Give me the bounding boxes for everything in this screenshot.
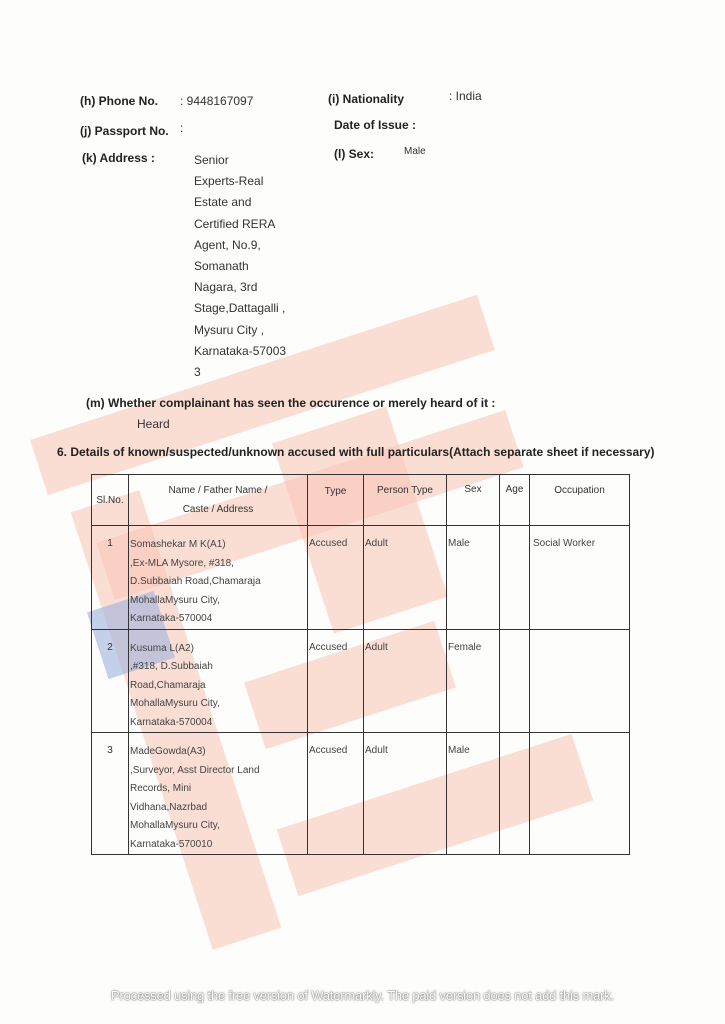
cell-age	[500, 526, 530, 630]
watermark-footer-text: Processed using the free version of Wate…	[0, 988, 725, 1003]
sex-value: Male	[404, 146, 426, 157]
col-header-occupation: Occupation	[530, 475, 630, 526]
name-line: Vidhana,Nazrbad	[130, 799, 307, 818]
date-of-issue-label: Date of Issue :	[334, 118, 416, 132]
name-line: Records, Mini	[130, 780, 307, 799]
name-line: Karnataka-570004	[130, 714, 307, 733]
phone-value: : 9448167097	[180, 94, 253, 108]
sex-label: (l) Sex:	[334, 147, 374, 161]
name-line: ,#318, D.Subbaiah	[130, 658, 307, 677]
cell-sex: Male	[447, 733, 500, 855]
section-6-title: 6. Details of known/suspected/unknown ac…	[57, 445, 655, 459]
table-row: 3 MadeGowda(A3) ,Surveyor, Asst Director…	[92, 733, 630, 855]
col-header-age: Age	[500, 475, 530, 526]
col-header-name-line2: Caste / Address	[129, 500, 307, 519]
name-line: MohallaMysuru City,	[130, 695, 307, 714]
name-line: MohallaMysuru City,	[130, 592, 307, 611]
document-page: (h) Phone No. : 9448167097 (i) Nationali…	[0, 0, 725, 1024]
cell-type: Accused	[308, 526, 364, 630]
table-row: 1 Somashekar M K(A1) ,Ex-MLA Mysore, #31…	[92, 526, 630, 630]
address-line: Agent, No.9,	[194, 235, 286, 256]
cell-sl: 3	[92, 733, 129, 855]
name-line: ,Surveyor, Asst Director Land	[130, 762, 307, 781]
name-line: D.Subbaiah Road,Chamaraja	[130, 573, 307, 592]
name-line: ,Ex-MLA Mysore, #318,	[130, 555, 307, 574]
address-line: Senior	[194, 150, 286, 171]
col-header-sl: Sl.No.	[92, 475, 129, 526]
name-line: Karnataka-570004	[130, 610, 307, 629]
address-label: (k) Address :	[82, 151, 155, 165]
question-m-label: (m) Whether complainant has seen the occ…	[86, 396, 495, 410]
name-line: MohallaMysuru City,	[130, 817, 307, 836]
address-line: Estate and	[194, 192, 286, 213]
col-header-sex: Sex	[447, 475, 500, 526]
name-line: Kusuma L(A2)	[130, 640, 307, 659]
address-line: 3	[194, 362, 286, 383]
table-row: 2 Kusuma L(A2) ,#318, D.Subbaiah Road,Ch…	[92, 629, 630, 733]
col-header-name: Name / Father Name / Caste / Address	[129, 475, 308, 526]
cell-person-type: Adult	[364, 733, 447, 855]
col-header-person-type: Person Type	[364, 475, 447, 526]
address-line: Experts-Real	[194, 171, 286, 192]
address-line: Nagara, 3rd	[194, 277, 286, 298]
cell-occupation	[530, 733, 630, 855]
col-header-name-line1: Name / Father Name /	[129, 481, 307, 500]
name-line: Road,Chamaraja	[130, 677, 307, 696]
name-line: MadeGowda(A3)	[130, 743, 307, 762]
cell-occupation: Social Worker	[530, 526, 630, 630]
phone-label: (h) Phone No.	[80, 94, 158, 108]
address-value: Senior Experts-Real Estate and Certified…	[194, 150, 286, 383]
col-header-type: Type	[308, 475, 364, 526]
cell-name-address: Kusuma L(A2) ,#318, D.Subbaiah Road,Cham…	[129, 629, 308, 733]
cell-sl: 1	[92, 526, 129, 630]
address-line: Stage,Dattagalli ,	[194, 298, 286, 319]
cell-type: Accused	[308, 629, 364, 733]
name-line: Karnataka-570010	[130, 836, 307, 855]
passport-value: :	[180, 121, 183, 135]
cell-age	[500, 629, 530, 733]
nationality-value: : India	[449, 89, 482, 103]
address-line: Karnataka-57003	[194, 341, 286, 362]
address-line: Somanath	[194, 256, 286, 277]
cell-age	[500, 733, 530, 855]
accused-table: Sl.No. Name / Father Name / Caste / Addr…	[91, 474, 630, 855]
passport-label: (j) Passport No.	[80, 124, 169, 138]
nationality-label: (i) Nationality	[328, 92, 404, 106]
address-line: Certified RERA	[194, 214, 286, 235]
cell-sex: Female	[447, 629, 500, 733]
table-header-row: Sl.No. Name / Father Name / Caste / Addr…	[92, 475, 630, 526]
name-line: Somashekar M K(A1)	[130, 536, 307, 555]
cell-sl: 2	[92, 629, 129, 733]
cell-person-type: Adult	[364, 526, 447, 630]
cell-sex: Male	[447, 526, 500, 630]
cell-person-type: Adult	[364, 629, 447, 733]
address-line: Mysuru City ,	[194, 320, 286, 341]
cell-type: Accused	[308, 733, 364, 855]
cell-occupation	[530, 629, 630, 733]
question-m-answer: Heard	[137, 417, 170, 431]
cell-name-address: MadeGowda(A3) ,Surveyor, Asst Director L…	[129, 733, 308, 855]
cell-name-address: Somashekar M K(A1) ,Ex-MLA Mysore, #318,…	[129, 526, 308, 630]
